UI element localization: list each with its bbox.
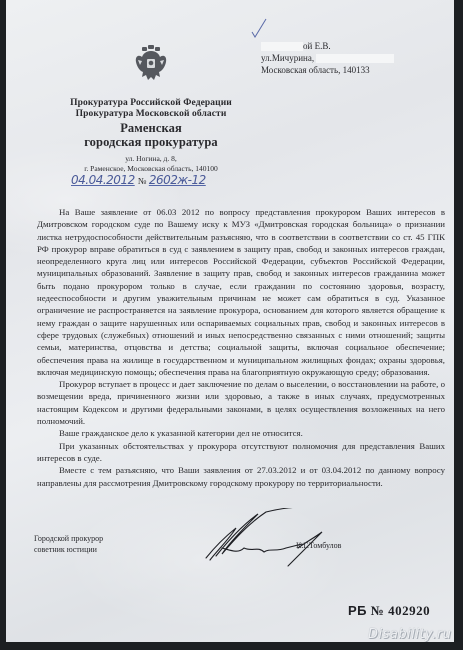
checkmark-icon <box>251 17 267 39</box>
signer-name: К.Г.Томбулов <box>296 541 341 550</box>
number-sign: № <box>138 176 146 186</box>
scanned-letter-page: Прокуратура Российской Федерации Прокура… <box>6 0 454 642</box>
signer-title: Городской прокурор советник юстиции <box>34 533 103 555</box>
recipient-block: ой Е.В. ул.Мичурина, Московская область,… <box>261 40 394 76</box>
outgoing-date-number: 04.04.2012№2602ж-12 <box>71 173 206 187</box>
body-paragraph: Прокурор вступает в процесс и дает заклю… <box>37 378 445 427</box>
recipient-region: Московская область, 140133 <box>261 64 394 76</box>
office-name-line2: городская прокуратура <box>6 136 296 148</box>
office-address-street: ул. Ногина, д. 8, <box>6 154 296 164</box>
org-name-regional: Прокуратура Московской области <box>6 108 296 120</box>
letter-body: На Ваше заявление от 06.03 2012 по вопро… <box>37 206 445 489</box>
recipient-street: ул.Мичурина, <box>261 52 394 64</box>
handwritten-number: 2602ж-12 <box>149 173 206 187</box>
body-paragraph: При указанных обстоятельствах у прокурор… <box>37 440 445 465</box>
office-name-line1: Раменская <box>6 121 296 136</box>
redaction-bar <box>316 54 394 63</box>
body-paragraph: Ваше гражданское дело к указанной катего… <box>37 427 445 439</box>
coat-of-arms-icon <box>134 44 168 84</box>
body-paragraph: На Ваше заявление от 06.03 2012 по вопро… <box>37 206 445 378</box>
redaction-bar <box>261 42 303 51</box>
body-paragraph: Вместе с тем разъясняю, что Ваши заявлен… <box>37 464 445 489</box>
handwritten-date: 04.04.2012 <box>71 173 135 187</box>
form-serial-number: РБ № 402920 <box>348 603 430 619</box>
scan-border-right <box>454 0 463 650</box>
recipient-name: ой Е.В. <box>261 40 394 52</box>
scan-border-bottom <box>0 642 463 650</box>
site-watermark: Disability.ru <box>368 627 451 642</box>
